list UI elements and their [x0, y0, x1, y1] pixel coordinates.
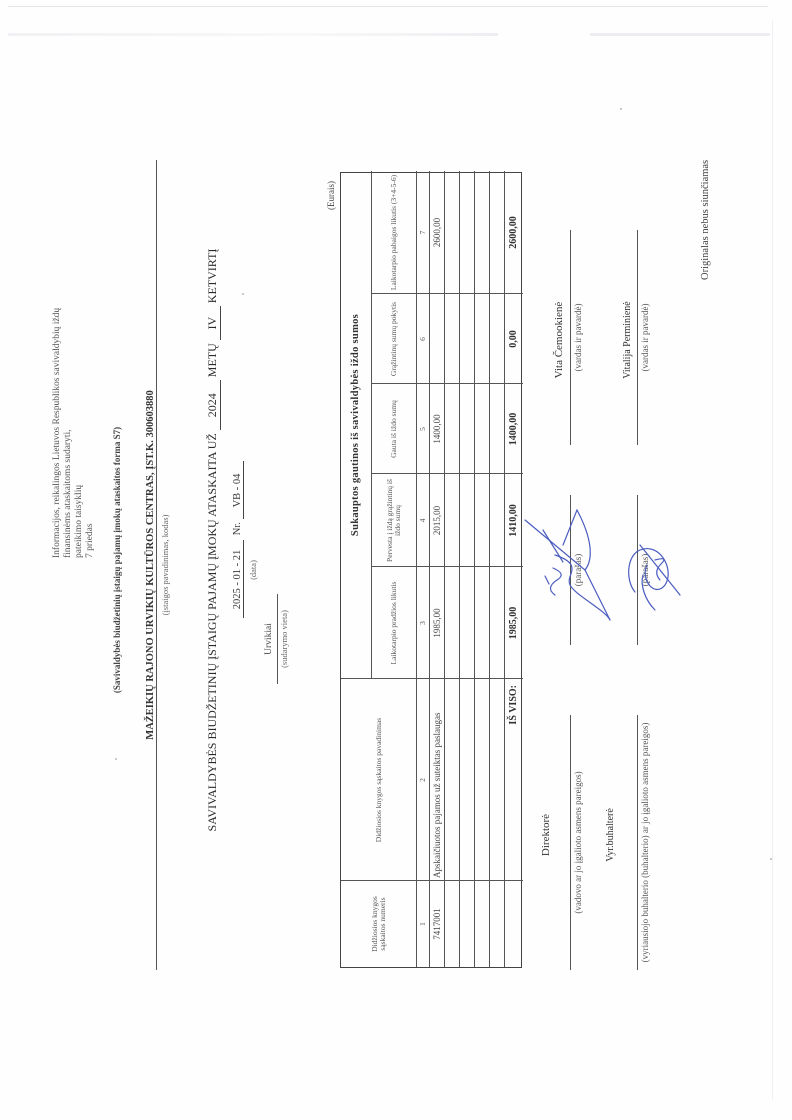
date-caption: (data) [248, 110, 258, 970]
total-value: 2600,00 [504, 171, 523, 294]
currency-label: (Eurais) [326, 181, 336, 210]
column-number: 4 [416, 474, 429, 567]
report-year: 2024 [205, 380, 221, 430]
column-header: Didžiosios knygos sąskaitos numeris [341, 881, 416, 967]
table-cell [474, 474, 489, 567]
report-date: 2025 - 01 - 21 [232, 541, 244, 619]
scan-speck [242, 293, 244, 295]
place: Urvikiai [264, 594, 274, 684]
annex-note-line: finansinėms ataskaitoms sudaryti, [63, 298, 74, 558]
signature-name-director: Vita Čemookienė [553, 250, 565, 430]
signature-role-accountant: Vyr.buhalterė [605, 720, 616, 950]
table-cell [444, 294, 459, 384]
table-cell [474, 567, 489, 679]
signature-name-caption: (vardas ir pavardė) [640, 230, 650, 445]
number-label: Nr. [232, 522, 243, 535]
column-number: 2 [416, 679, 429, 881]
table-cell [489, 567, 504, 679]
scan-speck [115, 758, 117, 760]
annex-note-line: pateikimo taisyklių [74, 298, 85, 558]
table-cell [489, 384, 504, 474]
report-quarter-suffix: KETVIRTĮ [205, 249, 219, 304]
table-cell [429, 294, 444, 384]
table-group-header: Sukauptos gautinos iš savivaldybės iždo … [341, 171, 371, 679]
signature-name-line [637, 230, 638, 445]
total-label: IŠ VISO: [504, 679, 523, 881]
institution-line: MAŽEIKIŲ RAJONO URVIKIŲ KULTŪROS CENTRAS… [140, 160, 157, 970]
table-cell: Apskaičiuotos pajamos už suteiktas pasla… [429, 679, 444, 881]
table-cell [459, 171, 474, 294]
report-title-prefix: SAVIVALDYBĖS BIUDŽETINIŲ ĮSTAIGŲ PAJAMŲ … [205, 433, 219, 831]
column-number: 3 [416, 567, 429, 679]
date-number-row: 2025 - 01 - 21 Nr. VB - 04 [232, 110, 244, 970]
table-cell [474, 679, 489, 881]
signature-role-line [570, 715, 571, 970]
table-cell: 7417001 [429, 881, 444, 967]
signature-role-caption: (vyriausiojo buhalterio (buhalterio) ar … [640, 715, 650, 970]
column-number: 6 [416, 294, 429, 384]
table-cell [489, 474, 504, 567]
report-year-suffix: METŲ [205, 343, 219, 377]
table-cell [489, 679, 504, 881]
table-cell [474, 384, 489, 474]
table-cell [459, 474, 474, 567]
institution-caption: (įstaigos pavadinimas, kodas) [160, 160, 170, 970]
table-cell [444, 881, 459, 967]
table-cell [459, 384, 474, 474]
column-header: Pervesta į iždą grąžintinų iš iždo sumų [371, 474, 416, 567]
column-number: 5 [416, 384, 429, 474]
column-number: 1 [416, 881, 429, 967]
table-cell [474, 294, 489, 384]
table-cell [489, 294, 504, 384]
report-quarter: IV [205, 306, 221, 340]
table-cell [444, 567, 459, 679]
column-header: Gauta iš iždo sumų [371, 384, 416, 474]
annex-note: Informacijos, reikalingos Lietuvos Respu… [52, 298, 96, 558]
place-caption: (sudarymo vieta) [277, 594, 289, 684]
table-cell [474, 881, 489, 967]
column-header: Grąžintinų sumų pokytis [371, 294, 416, 384]
scan-speck [770, 858, 772, 860]
table-cell [459, 567, 474, 679]
column-header: Laikotarpio pabaigos likutis (3+4-5-6) [371, 171, 416, 294]
table-cell [444, 171, 459, 294]
table-rule [416, 171, 417, 967]
table-cell: 1400,00 [429, 384, 444, 474]
table-cell [474, 171, 489, 294]
table-cell: 2600,00 [429, 171, 444, 294]
signature-name-line [570, 230, 571, 445]
table-cell [444, 679, 459, 881]
total-value: 1400,00 [504, 384, 523, 474]
table-cell: 1985,00 [429, 567, 444, 679]
column-number: 7 [416, 171, 429, 294]
form-name: (Savivaldybės biudžetinių įstaigų pajamų… [112, 280, 122, 840]
scan-speck [620, 108, 622, 110]
report-number: VB - 04 [232, 462, 244, 520]
column-header: Laikotarpio pradžios likutis [371, 567, 416, 679]
rotated-report-page: Informacijos, reikalingos Lietuvos Respu… [0, 0, 792, 1120]
revenue-table: Sukauptos gautinos iš savivaldybės iždo … [340, 172, 522, 968]
institution-name: MAŽEIKIŲ RAJONO URVIKIŲ KULTŪROS CENTRAS… [145, 390, 156, 739]
table-cell [444, 474, 459, 567]
scanned-document-frame: Informacijos, reikalingos Lietuvos Respu… [0, 0, 792, 1120]
footer-note: Originalas nebus siunčiamas [700, 160, 711, 280]
table-cell [489, 171, 504, 294]
table-cell [444, 384, 459, 474]
table-cell [459, 881, 474, 967]
annex-note-line: 7 priedas [85, 298, 96, 558]
table-cell [459, 679, 474, 881]
table-cell: 2015,00 [429, 474, 444, 567]
table-cell [459, 294, 474, 384]
column-header: Didžiosios knygos sąskaitos pavadinimas [341, 679, 416, 881]
signature-name-accountant: Vitalija Perminienė [622, 250, 633, 430]
total-value: 0,00 [504, 294, 523, 384]
annex-note-line: Informacijos, reikalingos Lietuvos Respu… [52, 298, 63, 558]
signature-role-line [637, 715, 638, 970]
signature-role-director: Direktorė [540, 720, 552, 950]
table-cell [489, 881, 504, 967]
report-title: SAVIVALDYBĖS BIUDŽETINIŲ ĮSTAIGŲ PAJAMŲ … [205, 110, 221, 970]
signature-name-caption: (vardas ir pavardė) [573, 230, 583, 445]
signature-role-caption: (vadovo ar jo įgalioto asmens pareigos) [573, 715, 583, 970]
handwritten-signature-icon [515, 480, 690, 680]
